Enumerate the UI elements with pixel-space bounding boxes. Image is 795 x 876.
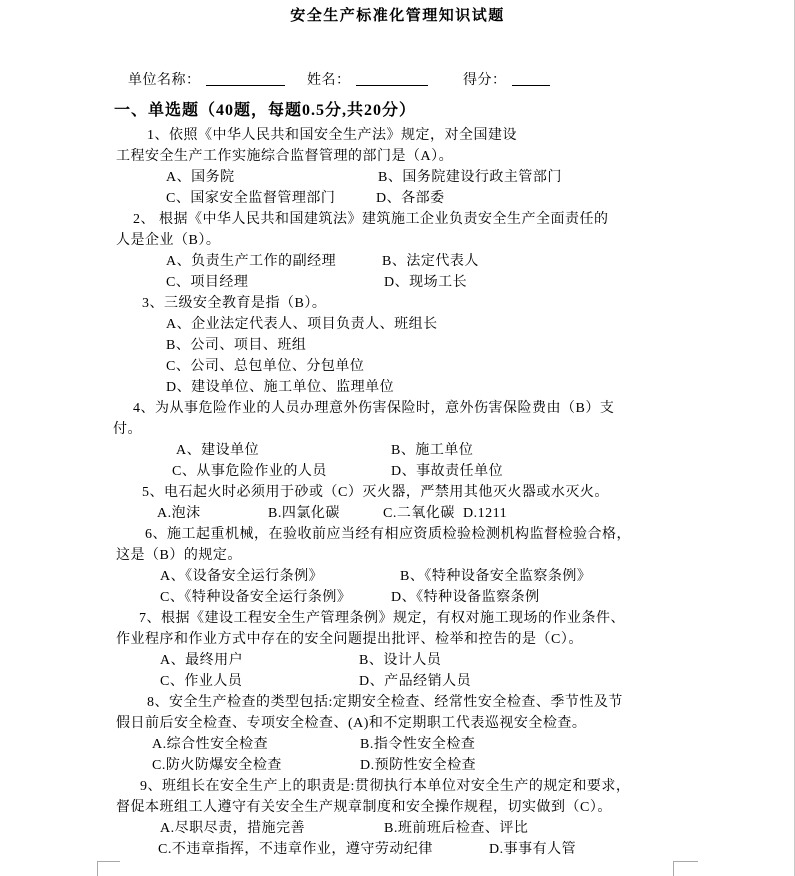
text-line: A、建设单位B、施工单位 [0,442,795,463]
text-line: A、负责生产工作的副经理B、法定代表人 [0,253,795,274]
text-line: C、项目经理D、现场工长 [0,274,795,295]
q9-stem-1: 9、班组长在安全生产上的职责是:贯彻执行本单位对安全生产的规定和要求， [140,778,630,796]
q7-option-b: B、设计人员 [359,652,441,670]
q4-stem-1: 4、为从事危险作业的人员办理意外伤害保险时，意外伤害保险费由（B）支 [133,400,614,418]
q5-stem: 5、电石起火时必须用于砂或（C）灭火器，严禁用其他灭火器或水灭火。 [142,484,609,502]
q8-stem-1: 8、安全生产检查的类型包括:定期安全检查、经常性安全检查、季节性及节 [147,694,623,712]
q2-stem-1: 2、 根据《中华人民共和国建筑法》建筑施工企业负责安全生产全面责任的 [133,211,609,229]
q4-option-b: B、施工单位 [391,442,473,460]
page-corner-mark [673,861,698,876]
q3-stem: 3、三级安全教育是指（B）。 [142,295,326,313]
q1-option-d: D、各部委 [376,190,445,208]
q8-option-d: D.预防性安全检查 [360,757,476,775]
q8-option-b: B.指令性安全检查 [360,736,475,754]
page-corner-mark [97,861,120,876]
q6-stem-1: 6、施工起重机械，在验收前应当经有相应资质检验检测机构监督检验合格， [145,526,631,544]
text-line: 这是（B）的规定。 [0,547,795,568]
q4-stem-2: 付。 [113,421,142,439]
text-line: 9、班组长在安全生产上的职责是:贯彻执行本单位对安全生产的规定和要求， [0,778,795,799]
text-line: 1、依照《中华人民共和国安全生产法》规定，对全国建设 [0,127,795,148]
q3-option-c: C、公司、总包单位、分包单位 [166,358,364,376]
q4-option-a: A、建设单位 [176,442,259,460]
q7-option-a: A、最终用户 [160,652,243,670]
text-line: C、从事危险作业的人员D、事故责任单位 [0,463,795,484]
q4-option-c: C、从事危险作业的人员 [172,463,327,481]
text-line: B、公司、项目、班组 [0,337,795,358]
q3-option-b: B、公司、项目、班组 [166,337,306,355]
text-line: 8、安全生产检查的类型包括:定期安全检查、经常性安全检查、季节性及节 [0,694,795,715]
text-line: 7、根据《建设工程安全生产管理条例》规定，有权对施工现场的作业条件、 [0,610,795,631]
text-line: C、国家安全监督管理部门D、各部委 [0,190,795,211]
q2-option-b: B、法定代表人 [382,253,479,271]
q1-option-c: C、国家安全监督管理部门 [166,190,335,208]
q1-stem-1: 1、依照《中华人民共和国安全生产法》规定，对全国建设 [147,127,517,145]
q1-stem-2: 工程安全生产工作实施综合监督管理的部门是（A）。 [116,148,453,166]
q9-option-a: A.尽职尽责，措施完善 [160,820,305,838]
text-line: C、作业人员D、产品经销人员 [0,673,795,694]
text-line: C.不违章指挥，不违章作业，遵守劳动纪律D.事事有人管 [0,841,795,862]
q9-option-b: B.班前班后检查、评比 [384,820,528,838]
document-lines: 1、依照《中华人民共和国安全生产法》规定，对全国建设工程安全生产工作实施综合监督… [0,0,795,876]
text-line: 3、三级安全教育是指（B）。 [0,295,795,316]
q9-stem-2: 督促本班组工人遵守有关安全生产规章制度和安全操作规程，切实做到（C）。 [116,799,612,817]
q7-option-d: D、产品经销人员 [359,673,471,691]
exam-page: 安全生产标准化管理知识试题 单位名称：姓名：得分： 一、单选题（40题，每题0.… [0,0,795,876]
q7-option-c: C、作业人员 [160,673,242,691]
q9-option-c: C.不违章指挥，不违章作业，遵守劳动纪律 [158,841,433,859]
text-line: A.尽职尽责，措施完善B.班前班后检查、评比 [0,820,795,841]
text-line: 作业程序和作业方式中存在的安全问题提出批评、检举和控告的是（C）。 [0,631,795,652]
text-line: C、《特种设备安全运行条例》D、《特种设备监察条例 [0,589,795,610]
q1-option-a: A、国务院 [166,169,235,187]
text-line: C.防火防爆安全检查D.预防性安全检查 [0,757,795,778]
text-line: 5、电石起火时必须用于砂或（C）灭火器，严禁用其他灭火器或水灭火。 [0,484,795,505]
q2-option-a: A、负责生产工作的副经理 [166,253,336,271]
q2-option-c: C、项目经理 [166,274,248,292]
q6-option-d: D、《特种设备监察条例 [391,589,540,607]
q3-option-a: A、企业法定代表人、项目负责人、班组长 [166,316,438,334]
q4-option-d: D、事故责任单位 [391,463,503,481]
text-line: A.泡沫B.四氯化碳C.二氧化碳D.1211 [0,505,795,526]
q2-option-d: D、现场工长 [384,274,467,292]
text-line: A、《设备安全运行条例》B、《特种设备安全监察条例》 [0,568,795,589]
q6-stem-2: 这是（B）的规定。 [116,547,242,565]
text-line: A.综合性安全检查B.指令性安全检查 [0,736,795,757]
text-line: D、建设单位、施工单位、监理单位 [0,379,795,400]
q1-option-b: B、国务院建设行政主管部门 [378,169,562,187]
q5-option-c: C.二氧化碳 [383,505,455,523]
q8-option-c: C.防火防爆安全检查 [152,757,282,775]
text-line: A、最终用户B、设计人员 [0,652,795,673]
q3-option-d: D、建设单位、施工单位、监理单位 [166,379,394,397]
text-line: 4、为从事危险作业的人员办理意外伤害保险时，意外伤害保险费由（B）支 [0,400,795,421]
q8-stem-2: 假日前后安全检查、专项安全检查、(A)和不定期职工代表巡视安全检查。 [116,715,586,733]
q9-option-d: D.事事有人管 [489,841,576,859]
q6-option-b: B、《特种设备安全监察条例》 [400,568,591,586]
text-line: 假日前后安全检查、专项安全检查、(A)和不定期职工代表巡视安全检查。 [0,715,795,736]
q8-option-a: A.综合性安全检查 [152,736,268,754]
q5-option-d: D.1211 [463,505,507,523]
q7-stem-1: 7、根据《建设工程安全生产管理条例》规定，有权对施工现场的作业条件、 [139,610,625,628]
q2-stem-2: 人是企业（B）。 [116,232,220,250]
text-line: 6、施工起重机械，在验收前应当经有相应资质检验检测机构监督检验合格， [0,526,795,547]
text-line: 工程安全生产工作实施综合监督管理的部门是（A）。 [0,148,795,169]
q6-option-a: A、《设备安全运行条例》 [160,568,323,586]
text-line: 督促本班组工人遵守有关安全生产规章制度和安全操作规程，切实做到（C）。 [0,799,795,820]
q7-stem-2: 作业程序和作业方式中存在的安全问题提出批评、检举和控告的是（C）。 [116,631,583,649]
text-line: C、公司、总包单位、分包单位 [0,358,795,379]
q5-option-a: A.泡沫 [157,505,201,523]
text-line: 付。 [0,421,795,442]
q5-option-b: B.四氯化碳 [268,505,340,523]
text-line: 2、 根据《中华人民共和国建筑法》建筑施工企业负责安全生产全面责任的 [0,211,795,232]
q6-option-c: C、《特种设备安全运行条例》 [160,589,351,607]
text-line: A、国务院B、国务院建设行政主管部门 [0,169,795,190]
text-line: 人是企业（B）。 [0,232,795,253]
text-line: A、企业法定代表人、项目负责人、班组长 [0,316,795,337]
